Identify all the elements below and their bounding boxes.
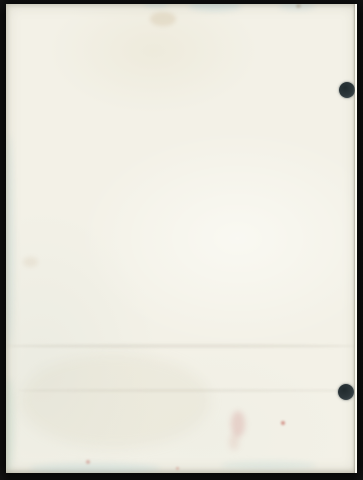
speck-brown-top-right bbox=[296, 4, 301, 8]
tint-cyan-top-1 bbox=[189, 4, 241, 11]
punch-hole-bottom bbox=[338, 384, 354, 400]
dot-red-bottom-3 bbox=[176, 467, 179, 470]
crease-band-1 bbox=[7, 344, 355, 348]
ghost-bleedthrough-lower-left bbox=[20, 353, 210, 448]
artifacts-layer bbox=[6, 4, 357, 473]
tint-green-left-bottom bbox=[6, 378, 14, 473]
stain-pink-bottom bbox=[231, 411, 245, 437]
dot-red-bottom-1 bbox=[281, 421, 285, 425]
smudge-tan-left-mid bbox=[23, 257, 38, 267]
tint-cyan-top-2 bbox=[279, 4, 315, 10]
dot-red-bottom-2 bbox=[86, 460, 90, 464]
scanned-page-frame bbox=[0, 0, 363, 480]
tint-cyan-bottom-1 bbox=[30, 463, 160, 474]
tint-cyan-bottom-2 bbox=[221, 461, 316, 470]
smudge-tan-top bbox=[150, 12, 176, 26]
tint-cyan-left-edge bbox=[6, 135, 14, 345]
paper-right-edge bbox=[355, 4, 357, 473]
punch-hole-top bbox=[339, 82, 355, 98]
paper-page bbox=[6, 4, 357, 473]
crease-band-2 bbox=[17, 389, 353, 392]
tint-cyan-top-3 bbox=[144, 4, 168, 8]
stain-pink-bottom-tail bbox=[229, 434, 239, 450]
